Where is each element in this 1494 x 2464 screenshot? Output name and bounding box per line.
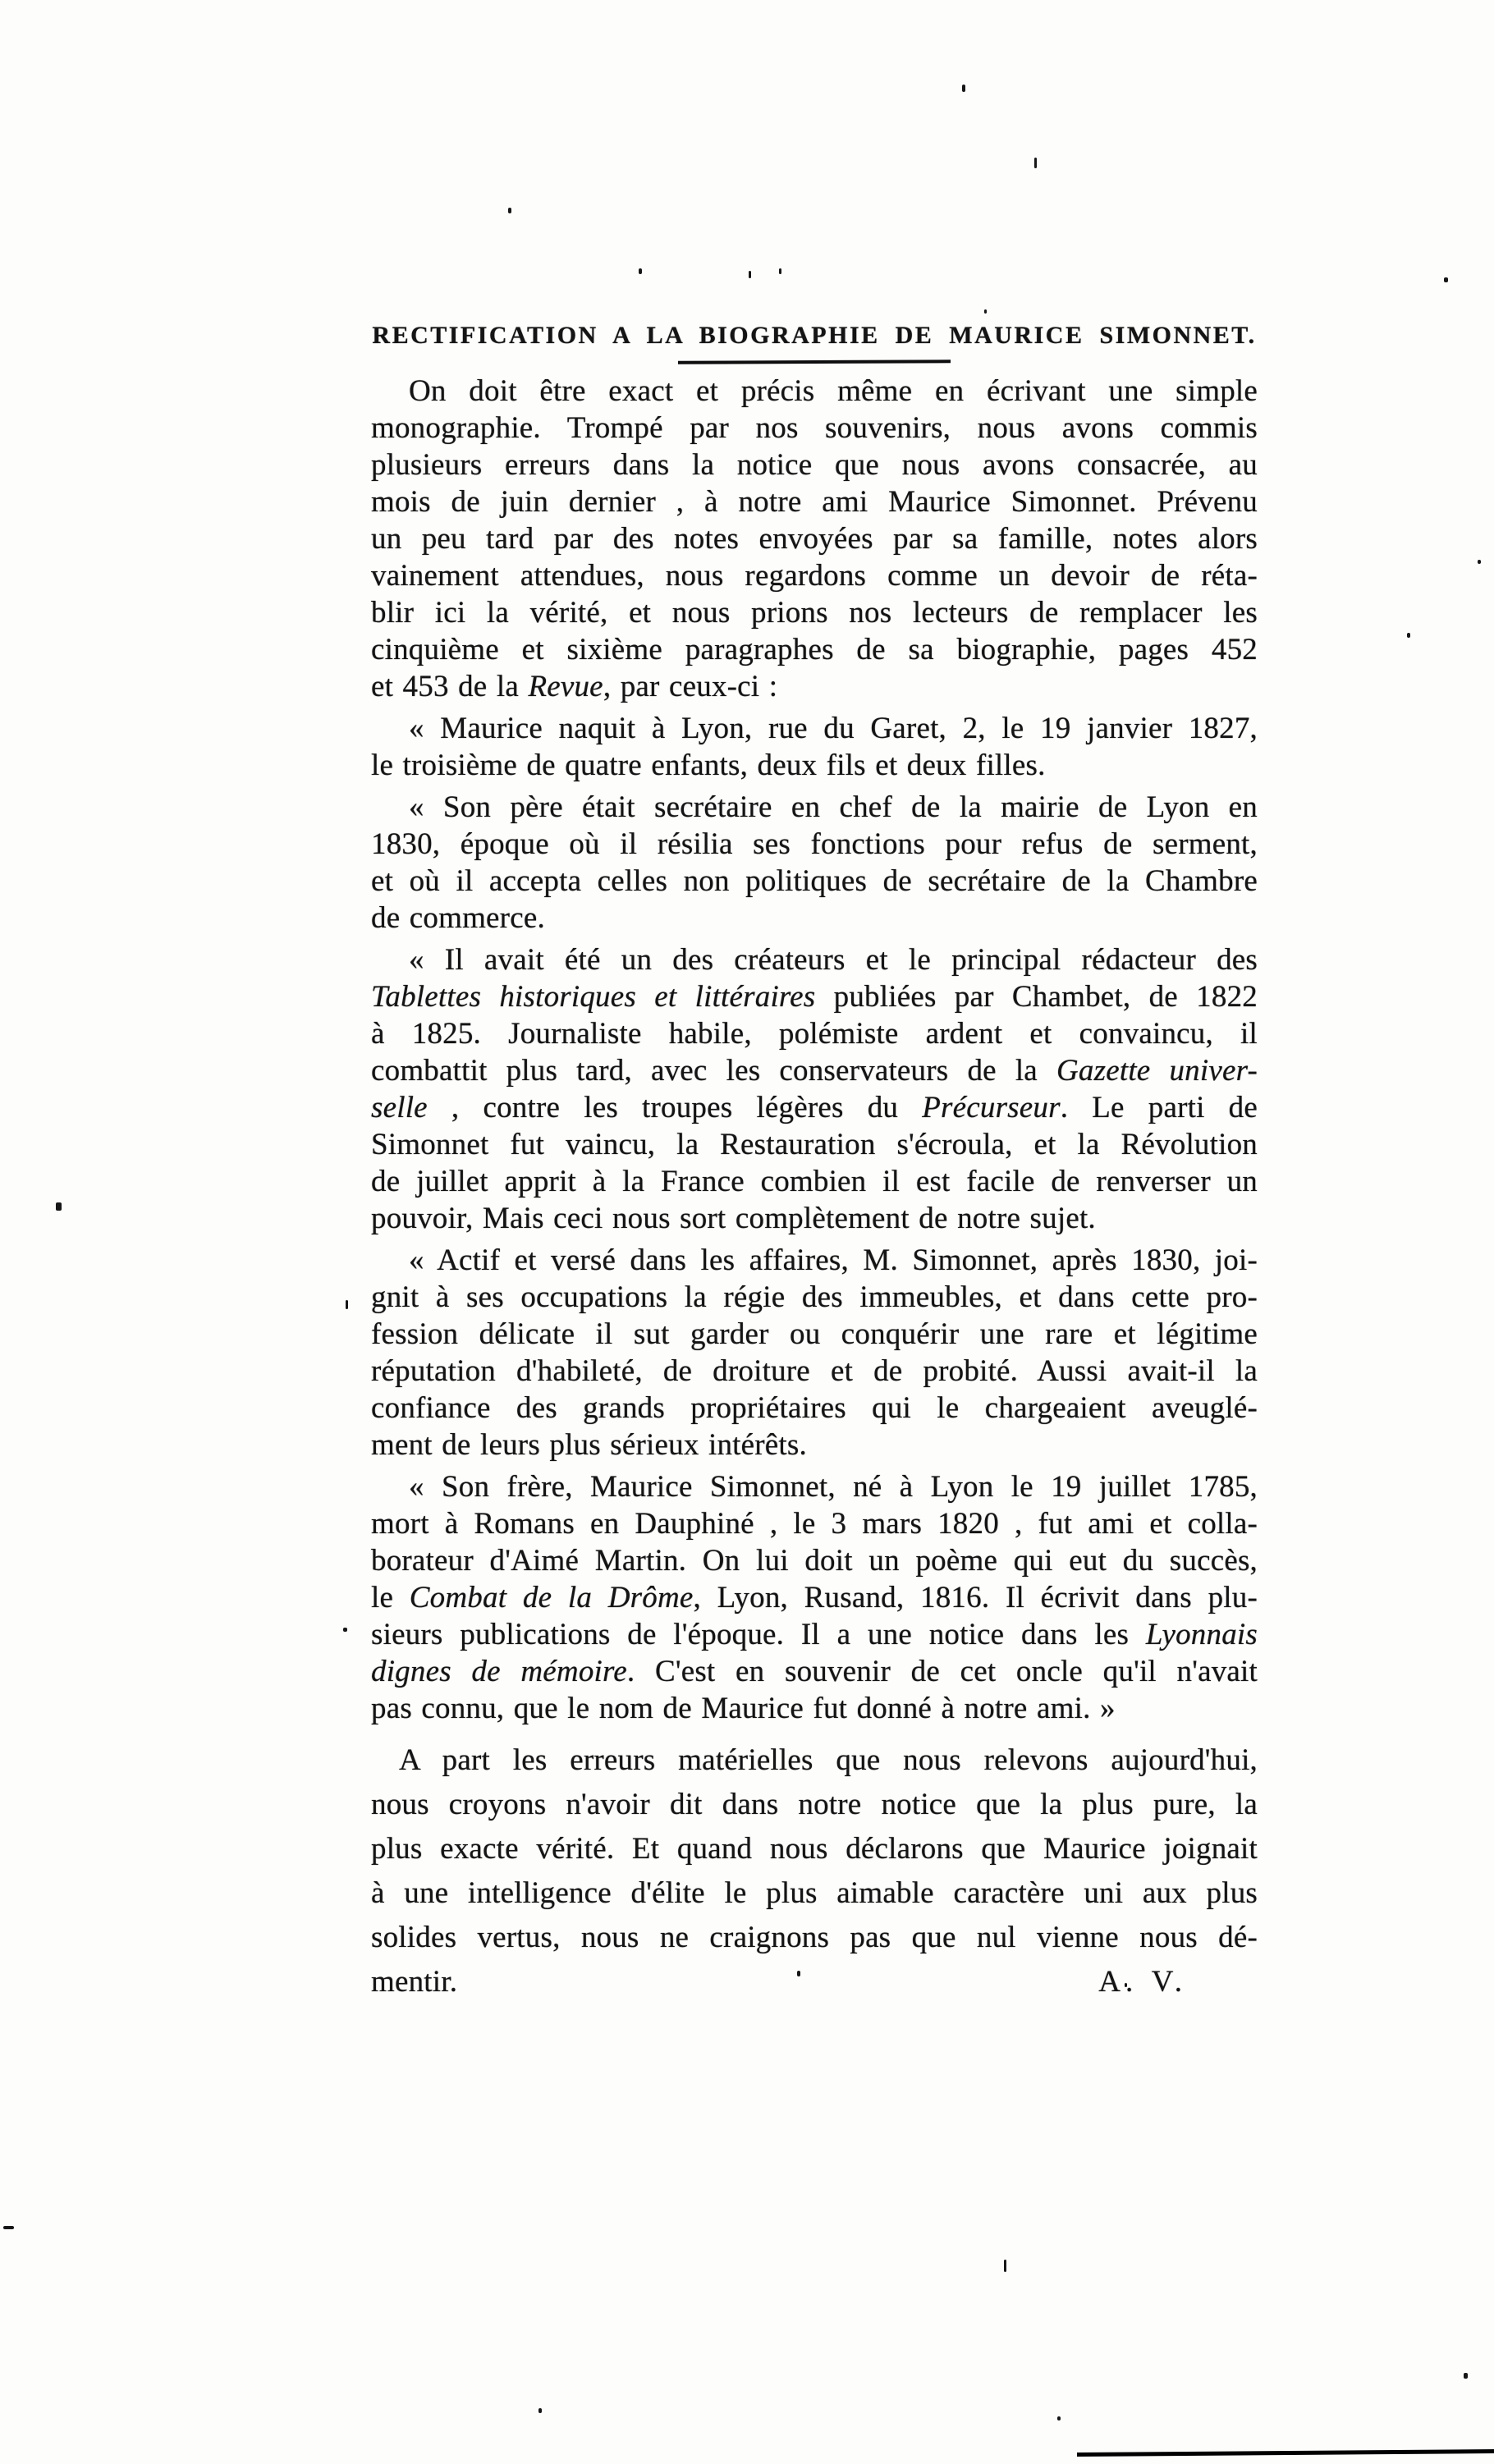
text-line: gnit à ses occupations la régie des imme… bbox=[371, 1279, 1258, 1316]
text-segment: , par ceux-ci : bbox=[603, 670, 777, 703]
text-line: à 1825. Journaliste habile, polémiste ar… bbox=[371, 1015, 1258, 1052]
scan-noise-speck bbox=[1034, 158, 1037, 168]
text-line: ment de leurs plus sérieux intérêts. bbox=[371, 1427, 1258, 1463]
text-segment: « Actif et versé dans les affaires, M. S… bbox=[409, 1243, 1258, 1277]
text-line: le Combat de la Drôme, Lyon, Rusand, 181… bbox=[371, 1579, 1258, 1616]
scan-noise-speck bbox=[1464, 2373, 1468, 2379]
italic-text: selle bbox=[371, 1091, 428, 1124]
text-segment: , Lyon, Rusand, 1816. Il écrivit dans pl… bbox=[694, 1581, 1258, 1614]
text-line: Simonnet fut vaincu, la Restauration s'é… bbox=[371, 1126, 1258, 1163]
text-segment: ment de leurs plus sérieux intérêts. bbox=[371, 1428, 807, 1462]
text-line: réputation d'habileté, de droiture et de… bbox=[371, 1353, 1258, 1390]
scan-noise-speck bbox=[639, 268, 642, 274]
paragraph: On doit être exact et précis même en écr… bbox=[371, 373, 1258, 705]
text-segment: « Maurice naquit à Lyon, rue du Garet, 2… bbox=[409, 712, 1258, 745]
text-line: solides vertus, nous ne craignons pas qu… bbox=[371, 1916, 1258, 1960]
text-segment: monographie. Trompé par nos souvenirs, n… bbox=[371, 411, 1258, 445]
italic-text: Lyonnais bbox=[1146, 1618, 1258, 1651]
text-line: et 453 de la Revue, par ceux-ci : bbox=[371, 668, 1258, 705]
text-segment: blir ici la vérité, et nous prions nos l… bbox=[371, 596, 1258, 630]
text-segment: A part les erreurs matérielles que nous … bbox=[399, 1743, 1258, 1777]
paragraph: « Son père était secrétaire en chef de l… bbox=[371, 789, 1258, 937]
text-line: « Actif et versé dans les affaires, M. S… bbox=[371, 1242, 1258, 1279]
text-line: vainement attendues, nous regardons comm… bbox=[371, 557, 1258, 594]
text-segment: à une intelligence d'élite le plus aimab… bbox=[371, 1876, 1258, 1910]
text-segment: pas connu, que le nom de Maurice fut don… bbox=[371, 1692, 1116, 1725]
scan-noise-speck bbox=[1444, 277, 1448, 282]
scanned-page: RECTIFICATION A LA BIOGRAPHIE DE MAURICE… bbox=[0, 0, 1494, 2464]
paragraph: « Maurice naquit à Lyon, rue du Garet, 2… bbox=[371, 710, 1258, 784]
text-line: pouvoir, Mais ceci nous sort complètemen… bbox=[371, 1200, 1258, 1237]
text-line: « Son père était secrétaire en chef de l… bbox=[371, 789, 1258, 826]
text-line: un peu tard par des notes envoyées par s… bbox=[371, 520, 1258, 557]
text-segment: , contre les troupes légères du bbox=[428, 1091, 922, 1124]
text-segment: mentir. bbox=[371, 1965, 457, 1999]
text-line: « Il avait été un des créateurs et le pr… bbox=[371, 941, 1258, 978]
text-segment: mort à Romans en Dauphiné , le 3 mars 18… bbox=[371, 1507, 1258, 1541]
title-divider-rule bbox=[678, 360, 951, 364]
text-segment: réputation d'habileté, de droiture et de… bbox=[371, 1354, 1258, 1388]
italic-text: Gazette univer- bbox=[1056, 1054, 1258, 1088]
text-segment: combattit plus tard, avec les conservate… bbox=[371, 1054, 1056, 1088]
text-line: selle , contre les troupes légères du Pr… bbox=[371, 1089, 1258, 1126]
text-line: « Son frère, Maurice Simonnet, né à Lyon… bbox=[371, 1468, 1258, 1505]
italic-text: Précurseur bbox=[922, 1091, 1060, 1124]
text-segment: publiées par Chambet, de 1822 bbox=[815, 980, 1258, 1014]
scan-noise-speck bbox=[1407, 633, 1410, 638]
text-line: combattit plus tard, avec les conservate… bbox=[371, 1052, 1258, 1089]
text-segment: borateur d'Aimé Martin. On lui doit un p… bbox=[371, 1544, 1258, 1578]
scan-noise-speck bbox=[343, 1628, 347, 1632]
text-segment: mois de juin dernier , à notre ami Mauri… bbox=[371, 485, 1258, 519]
scan-noise-speck bbox=[1004, 2260, 1006, 2272]
scan-noise-speck bbox=[1478, 560, 1481, 564]
text-segment: « Il avait été un des créateurs et le pr… bbox=[409, 943, 1258, 977]
italic-text: dignes de mémoire bbox=[371, 1655, 627, 1688]
text-segment: à 1825. Journaliste habile, polémiste ar… bbox=[371, 1017, 1258, 1051]
text-line: mentir.A. V. bbox=[371, 1960, 1258, 2004]
body-text: On doit être exact et précis même en écr… bbox=[371, 373, 1258, 2004]
text-segment: le bbox=[371, 1581, 410, 1614]
text-line: Tablettes historiques et littéraires pub… bbox=[371, 978, 1258, 1015]
text-segment: pouvoir, Mais ceci nous sort complètemen… bbox=[371, 1202, 1096, 1235]
text-segment: Simonnet fut vaincu, la Restauration s'é… bbox=[371, 1128, 1258, 1161]
text-line: On doit être exact et précis même en écr… bbox=[371, 373, 1258, 410]
scan-edge-artifact bbox=[1077, 2449, 1494, 2457]
text-segment: plus exacte vérité. Et quand nous déclar… bbox=[371, 1832, 1258, 1866]
scan-noise-speck bbox=[3, 2226, 14, 2229]
text-line: dignes de mémoire. C'est en souvenir de … bbox=[371, 1653, 1258, 1690]
text-segment: de commerce. bbox=[371, 901, 545, 935]
scan-noise-speck bbox=[779, 268, 781, 274]
scan-noise-speck bbox=[984, 309, 987, 314]
scan-noise-speck bbox=[508, 208, 511, 213]
text-line: borateur d'Aimé Martin. On lui doit un p… bbox=[371, 1542, 1258, 1579]
paragraph: A part les erreurs matérielles que nous … bbox=[371, 1738, 1258, 2004]
scan-noise-speck bbox=[797, 1971, 800, 1976]
text-line: plus exacte vérité. Et quand nous déclar… bbox=[371, 1827, 1258, 1871]
text-line: et où il accepta celles non politiques d… bbox=[371, 863, 1258, 900]
text-line: « Maurice naquit à Lyon, rue du Garet, 2… bbox=[371, 710, 1258, 747]
text-segment: un peu tard par des notes envoyées par s… bbox=[371, 522, 1258, 556]
text-line: de juillet apprit à la France combien il… bbox=[371, 1163, 1258, 1200]
text-line: monographie. Trompé par nos souvenirs, n… bbox=[371, 410, 1258, 447]
text-segment: 1830, époque où il résilia ses fonctions… bbox=[371, 827, 1258, 861]
text-line: pas connu, que le nom de Maurice fut don… bbox=[371, 1690, 1258, 1727]
text-line: A part les erreurs matérielles que nous … bbox=[371, 1738, 1258, 1783]
italic-text: Combat de la Drôme bbox=[410, 1581, 694, 1614]
text-segment: nous croyons n'avoir dit dans notre noti… bbox=[371, 1788, 1258, 1821]
text-line: sieurs publications de l'époque. Il a un… bbox=[371, 1616, 1258, 1653]
text-segment: fession délicate il sut garder ou conqué… bbox=[371, 1317, 1258, 1351]
scan-noise-speck bbox=[749, 271, 751, 278]
text-line: blir ici la vérité, et nous prions nos l… bbox=[371, 594, 1258, 631]
article: RECTIFICATION A LA BIOGRAPHIE DE MAURICE… bbox=[371, 322, 1258, 2004]
scan-noise-speck bbox=[1057, 2416, 1061, 2420]
text-segment: et 453 de la bbox=[371, 670, 528, 703]
text-segment: confiance des grands propriétaires qui l… bbox=[371, 1391, 1258, 1425]
text-segment: de juillet apprit à la France combien il… bbox=[371, 1165, 1258, 1198]
text-line: fession délicate il sut garder ou conqué… bbox=[371, 1316, 1258, 1353]
text-segment: « Son frère, Maurice Simonnet, né à Lyon… bbox=[409, 1470, 1258, 1504]
text-line: à une intelligence d'élite le plus aimab… bbox=[371, 1871, 1258, 1916]
text-line: cinquième et sixième paragraphes de sa b… bbox=[371, 631, 1258, 668]
text-segment: . C'est en souvenir de cet oncle qu'il n… bbox=[627, 1655, 1258, 1688]
text-segment: solides vertus, nous ne craignons pas qu… bbox=[371, 1921, 1258, 1954]
text-segment: vainement attendues, nous regardons comm… bbox=[371, 559, 1258, 593]
text-line: le troisième de quatre enfants, deux fil… bbox=[371, 747, 1258, 784]
text-line: 1830, époque où il résilia ses fonctions… bbox=[371, 826, 1258, 863]
text-line: plusieurs erreurs dans la notice que nou… bbox=[371, 447, 1258, 483]
paragraph: « Actif et versé dans les affaires, M. S… bbox=[371, 1242, 1258, 1463]
text-line: confiance des grands propriétaires qui l… bbox=[371, 1390, 1258, 1427]
scan-noise-speck bbox=[56, 1202, 62, 1211]
text-line: nous croyons n'avoir dit dans notre noti… bbox=[371, 1783, 1258, 1827]
author-signature: A. V. bbox=[1098, 1960, 1187, 2004]
text-line: mois de juin dernier , à notre ami Mauri… bbox=[371, 483, 1258, 520]
text-segment: gnit à ses occupations la régie des imme… bbox=[371, 1280, 1258, 1314]
italic-text: Revue bbox=[528, 670, 603, 703]
page-title: RECTIFICATION A LA BIOGRAPHIE DE MAURICE… bbox=[371, 322, 1258, 350]
paragraph: « Il avait été un des créateurs et le pr… bbox=[371, 941, 1258, 1237]
scan-noise-speck bbox=[1125, 1983, 1127, 1987]
text-segment: . Le parti de bbox=[1061, 1091, 1258, 1124]
scan-noise-speck bbox=[346, 1300, 348, 1309]
text-line: de commerce. bbox=[371, 900, 1258, 937]
text-segment: plusieurs erreurs dans la notice que nou… bbox=[371, 448, 1258, 482]
text-segment: On doit être exact et précis même en écr… bbox=[409, 374, 1258, 408]
scan-noise-speck bbox=[962, 85, 965, 92]
text-segment: le troisième de quatre enfants, deux fil… bbox=[371, 749, 1046, 782]
text-segment: « Son père était secrétaire en chef de l… bbox=[409, 790, 1258, 824]
italic-text: Tablettes historiques et littéraires bbox=[371, 980, 815, 1014]
text-segment: sieurs publications de l'époque. Il a un… bbox=[371, 1618, 1146, 1651]
text-segment: cinquième et sixième paragraphes de sa b… bbox=[371, 633, 1258, 666]
scan-noise-speck bbox=[538, 2408, 542, 2413]
paragraph: « Son frère, Maurice Simonnet, né à Lyon… bbox=[371, 1468, 1258, 1727]
text-segment: et où il accepta celles non politiques d… bbox=[371, 864, 1258, 898]
text-line: mort à Romans en Dauphiné , le 3 mars 18… bbox=[371, 1505, 1258, 1542]
